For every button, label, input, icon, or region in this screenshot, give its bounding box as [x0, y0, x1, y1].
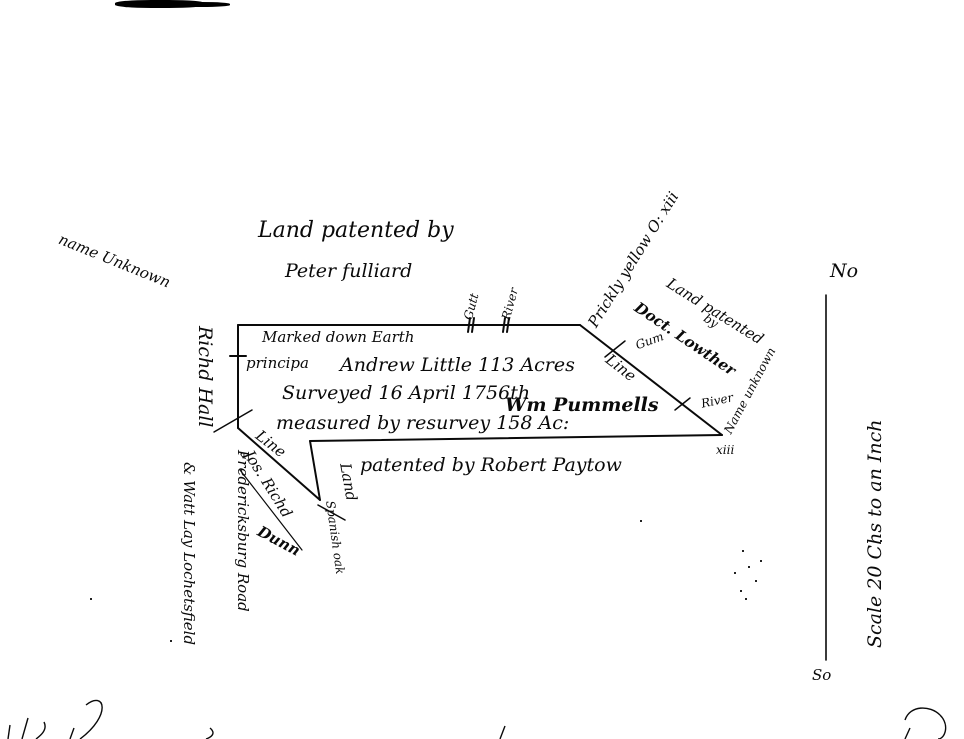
speck — [755, 580, 757, 582]
speck — [640, 520, 642, 522]
speck — [90, 598, 92, 600]
speck — [170, 640, 172, 642]
speck — [748, 566, 750, 568]
speck — [880, 540, 882, 542]
speck — [734, 572, 736, 574]
bottom-partial-text — [0, 0, 964, 739]
speck — [740, 590, 742, 592]
speck — [742, 550, 744, 552]
speck — [745, 598, 747, 600]
speck — [760, 560, 762, 562]
survey-plat-page: Land patented by Peter fulliard name Unk… — [0, 0, 964, 739]
